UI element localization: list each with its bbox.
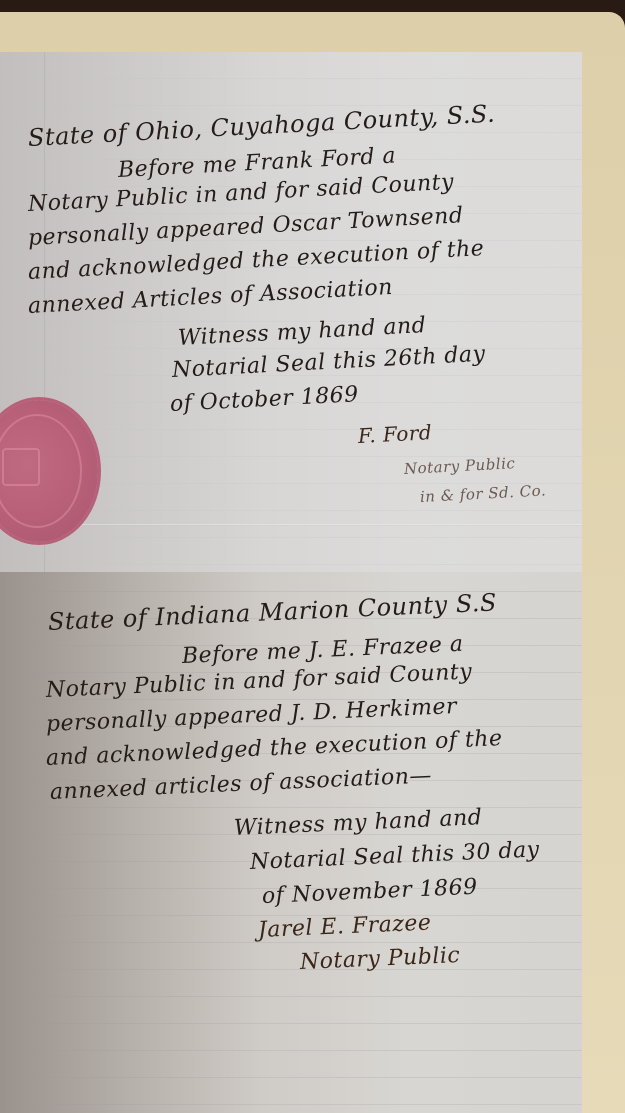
indiana-title-1: Notary Public — [299, 943, 460, 975]
seal-emblem-icon — [2, 448, 40, 486]
indiana-heading: State of Indiana Marion County S.S — [47, 588, 497, 636]
indiana-line-5: annexed articles of association— — [49, 763, 432, 805]
indiana-line-8: of November 1869 — [261, 875, 478, 909]
indiana-signature: Jarel E. Frazee — [257, 910, 432, 943]
indiana-line-7: Notarial Seal this 30 day — [249, 837, 540, 875]
ohio-signature: F. Ford — [357, 420, 432, 448]
document-page: State of Ohio, Cuyahoga County, S.S. Bef… — [0, 52, 582, 1113]
indiana-line-6: Witness my hand and — [233, 805, 482, 841]
paper-fold-line — [0, 524, 582, 526]
